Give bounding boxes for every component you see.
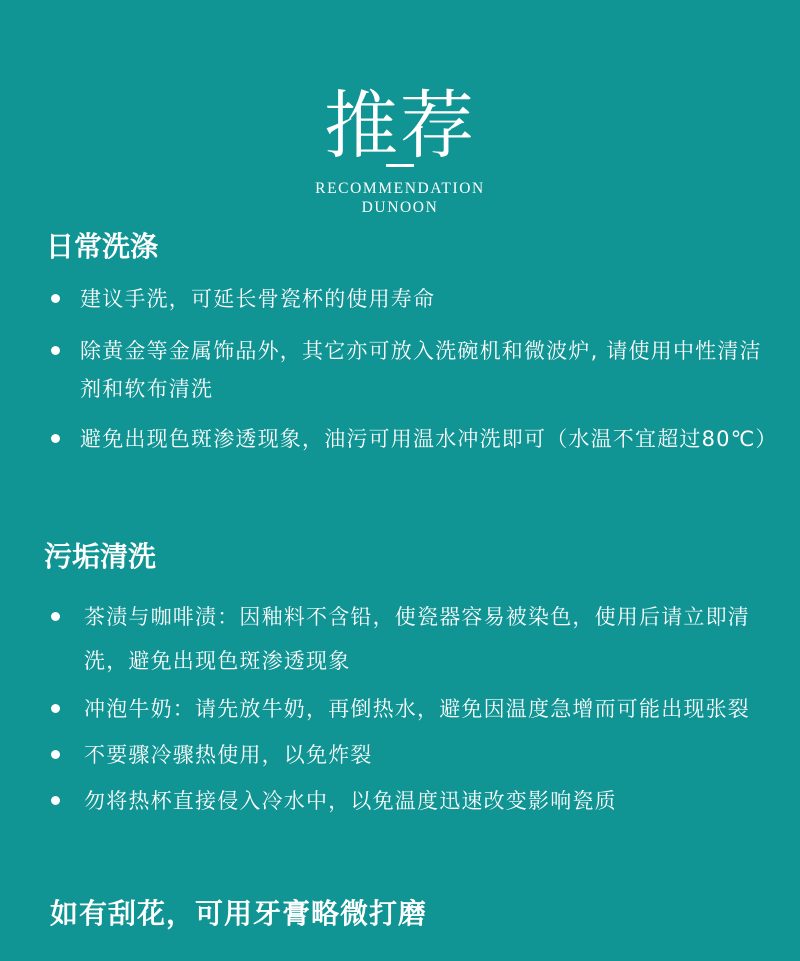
- list-item: 除黄金等金属饰品外，其它亦可放入洗碗机和微波炉, 请使用中性清洁剂和软布清洗: [80, 332, 770, 420]
- subtitle-brand: DUNOON: [0, 198, 800, 217]
- list-item: 勿将热杯直接侵入冷水中，以免温度迅速改变影响瓷质: [84, 779, 774, 823]
- list-item: 不要骤冷骤热使用，以免炸裂: [84, 733, 774, 779]
- list-item-text: 不要骤冷骤热使用，以免炸裂: [84, 743, 373, 767]
- list-item: 建议手洗，可延长骨瓷杯的使用寿命: [80, 280, 770, 332]
- list-item-text: 建议手洗，可延长骨瓷杯的使用寿命: [80, 287, 435, 311]
- list-item-text: 勿将热杯直接侵入冷水中，以免温度迅速改变影响瓷质: [84, 789, 617, 813]
- list-item: 冲泡牛奶：请先放牛奶，再倒热水，避免因温度急增而可能出现张裂: [84, 687, 774, 733]
- list-item-text: 除黄金等金属饰品外，其它亦可放入洗碗机和微波炉, 请使用中性清洁剂和软布清洗: [80, 339, 762, 401]
- bullet-icon: [51, 346, 60, 355]
- list-item-text: 冲泡牛奶：请先放牛奶，再倒热水，避免因温度急增而可能出现张裂: [84, 697, 750, 721]
- subtitle-recommendation: RECOMMENDATION: [0, 179, 800, 198]
- section-heading-daily-washing: 日常洗涤: [46, 230, 158, 264]
- bullet-icon: [51, 612, 60, 621]
- page-header: 推荐 RECOMMENDATION DUNOON: [0, 86, 800, 217]
- stain-cleaning-list: 茶渍与咖啡渍：因釉料不含铅，使瓷器容易被染色，使用后请立即清洗，避免出现色斑渗透…: [84, 595, 774, 823]
- bullet-icon: [51, 704, 60, 713]
- scratch-tip-heading: 如有刮花，可用牙膏略微打磨: [50, 896, 427, 932]
- daily-washing-list: 建议手洗，可延长骨瓷杯的使用寿命 除黄金等金属饰品外，其它亦可放入洗碗机和微波炉…: [80, 280, 770, 472]
- section-heading-stain-cleaning: 污垢清洗: [44, 540, 156, 574]
- list-item: 茶渍与咖啡渍：因釉料不含铅，使瓷器容易被染色，使用后请立即清洗，避免出现色斑渗透…: [84, 595, 774, 687]
- page-title: 推荐: [0, 86, 800, 166]
- bullet-icon: [51, 796, 60, 805]
- bullet-icon: [51, 750, 60, 759]
- list-item-text: 避免出现色斑渗透现象，油污可用温水冲洗即可（水温不宜超过80℃）: [80, 427, 778, 451]
- list-item-text: 茶渍与咖啡渍：因釉料不含铅，使瓷器容易被染色，使用后请立即清洗，避免出现色斑渗透…: [84, 605, 750, 673]
- list-item: 避免出现色斑渗透现象，油污可用温水冲洗即可（水温不宜超过80℃）: [80, 420, 770, 472]
- bullet-icon: [51, 294, 60, 303]
- bullet-icon: [51, 434, 60, 443]
- title-underline-divider: [386, 164, 414, 167]
